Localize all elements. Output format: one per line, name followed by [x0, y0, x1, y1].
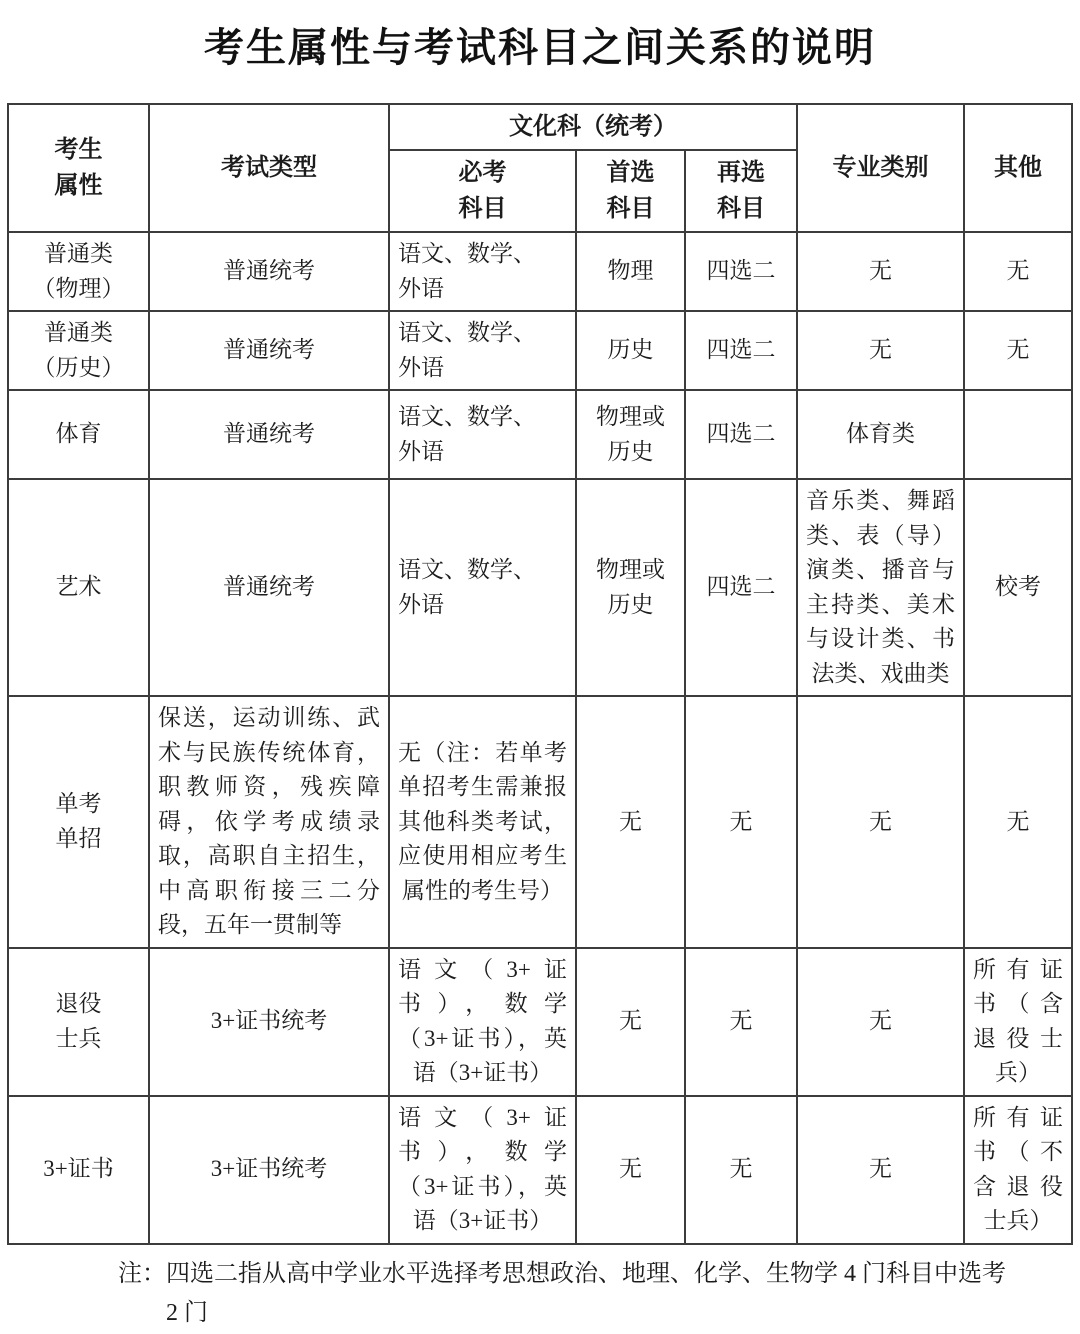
cell-attribute: 艺术 — [8, 479, 149, 696]
table-row-art: 艺术 普通统考 语文、数学、 外语 物理或 历史 四选二 音乐类、舞蹈类、表（导… — [8, 479, 1072, 696]
cell-attribute: 单考 单招 — [8, 696, 149, 948]
header-culture-group: 文化科（统考） — [389, 104, 797, 150]
cell-first-choice: 无 — [576, 696, 685, 948]
cell-first-choice: 物理 — [576, 232, 685, 311]
cell-major: 无 — [797, 1096, 964, 1244]
cell-attribute: 退役 士兵 — [8, 948, 149, 1096]
cell-required: 语文、数学、 外语 — [389, 311, 576, 390]
cell-second-choice: 无 — [685, 1096, 797, 1244]
header-other: 其他 — [964, 104, 1072, 232]
cell-required: 语文、数学、 外语 — [389, 479, 576, 696]
header-first-choice-subjects: 首选 科目 — [576, 150, 685, 232]
cell-exam-type: 普通统考 — [149, 311, 389, 390]
document-page: 考生属性与考试科目之间关系的说明 考生 属性 考试类型 文化科（统考） 专业类别… — [0, 0, 1080, 1334]
footnote-label: 注： — [118, 1255, 166, 1334]
cell-first-choice: 历史 — [576, 311, 685, 390]
cell-other: 无 — [964, 696, 1072, 948]
cell-major: 无 — [797, 311, 964, 390]
cell-other: 所有证书（不含退役士兵） — [964, 1096, 1072, 1244]
cell-major: 音乐类、舞蹈类、表（导）演类、播音与主持类、美术与设计类、书法类、戏曲类 — [797, 479, 964, 696]
cell-second-choice: 四选二 — [685, 232, 797, 311]
cell-first-choice: 无 — [576, 1096, 685, 1244]
cell-first-choice: 物理或 历史 — [576, 479, 685, 696]
footnote: 注： 四选二指从高中学业水平选择考思想政治、地理、化学、生物学 4 门科目中选考… — [8, 1255, 1072, 1334]
table-row-sports: 体育 普通统考 语文、数学、 外语 物理或 历史 四选二 体育类 — [8, 390, 1072, 479]
cell-second-choice: 无 — [685, 948, 797, 1096]
cell-second-choice: 四选二 — [685, 311, 797, 390]
header-required-subjects: 必考 科目 — [389, 150, 576, 232]
footnote-text: 四选二指从高中学业水平选择考思想政治、地理、化学、生物学 4 门科目中选考 2 … — [166, 1255, 1006, 1334]
cell-attribute: 体育 — [8, 390, 149, 479]
header-row-1: 考生 属性 考试类型 文化科（统考） 专业类别 其他 — [8, 104, 1072, 150]
cell-exam-type: 普通统考 — [149, 390, 389, 479]
cell-second-choice: 无 — [685, 696, 797, 948]
table-row-separate-exam: 单考 单招 保送，运动训练、武术与民族传统体育，职教师资，残疾障碍，依学考成绩录… — [8, 696, 1072, 948]
cell-second-choice: 四选二 — [685, 390, 797, 479]
header-major-category: 专业类别 — [797, 104, 964, 232]
cell-exam-type: 3+证书统考 — [149, 1096, 389, 1244]
table-row-3plus-certificate: 3+证书 3+证书统考 语文（3+证书），数学（3+证书），英语（3+证书） 无… — [8, 1096, 1072, 1244]
cell-required: 无（注：若单考单招考生需兼报其他科类考试，应使用相应考生属性的考生号） — [389, 696, 576, 948]
cell-major: 体育类 — [797, 390, 964, 479]
cell-major: 无 — [797, 232, 964, 311]
cell-required: 语文、数学、 外语 — [389, 232, 576, 311]
cell-required: 语文（3+证书），数学（3+证书），英语（3+证书） — [389, 948, 576, 1096]
cell-attribute: 普通类 （物理） — [8, 232, 149, 311]
cell-first-choice: 物理或 历史 — [576, 390, 685, 479]
cell-other: 校考 — [964, 479, 1072, 696]
header-second-choice-subjects: 再选 科目 — [685, 150, 797, 232]
header-exam-type: 考试类型 — [149, 104, 389, 232]
cell-exam-type: 保送，运动训练、武术与民族传统体育，职教师资，残疾障碍，依学考成绩录取，高职自主… — [149, 696, 389, 948]
header-candidate-attribute: 考生 属性 — [8, 104, 149, 232]
relationship-table: 考生 属性 考试类型 文化科（统考） 专业类别 其他 必考 科目 首选 科目 再… — [7, 103, 1073, 1245]
cell-required: 语文（3+证书），数学（3+证书），英语（3+证书） — [389, 1096, 576, 1244]
cell-attribute: 3+证书 — [8, 1096, 149, 1244]
cell-exam-type: 普通统考 — [149, 479, 389, 696]
cell-major: 无 — [797, 948, 964, 1096]
cell-other: 无 — [964, 232, 1072, 311]
cell-other: 所有证书（含退役士兵） — [964, 948, 1072, 1096]
cell-major: 无 — [797, 696, 964, 948]
cell-second-choice: 四选二 — [685, 479, 797, 696]
cell-attribute: 普通类 （历史） — [8, 311, 149, 390]
table-row-general-physics: 普通类 （物理） 普通统考 语文、数学、 外语 物理 四选二 无 无 — [8, 232, 1072, 311]
cell-first-choice: 无 — [576, 948, 685, 1096]
table-row-retired-soldier: 退役 士兵 3+证书统考 语文（3+证书），数学（3+证书），英语（3+证书） … — [8, 948, 1072, 1096]
page-title: 考生属性与考试科目之间关系的说明 — [0, 16, 1080, 73]
cell-other — [964, 390, 1072, 479]
cell-exam-type: 普通统考 — [149, 232, 389, 311]
table-row-general-history: 普通类 （历史） 普通统考 语文、数学、 外语 历史 四选二 无 无 — [8, 311, 1072, 390]
cell-other: 无 — [964, 311, 1072, 390]
cell-exam-type: 3+证书统考 — [149, 948, 389, 1096]
cell-required: 语文、数学、 外语 — [389, 390, 576, 479]
